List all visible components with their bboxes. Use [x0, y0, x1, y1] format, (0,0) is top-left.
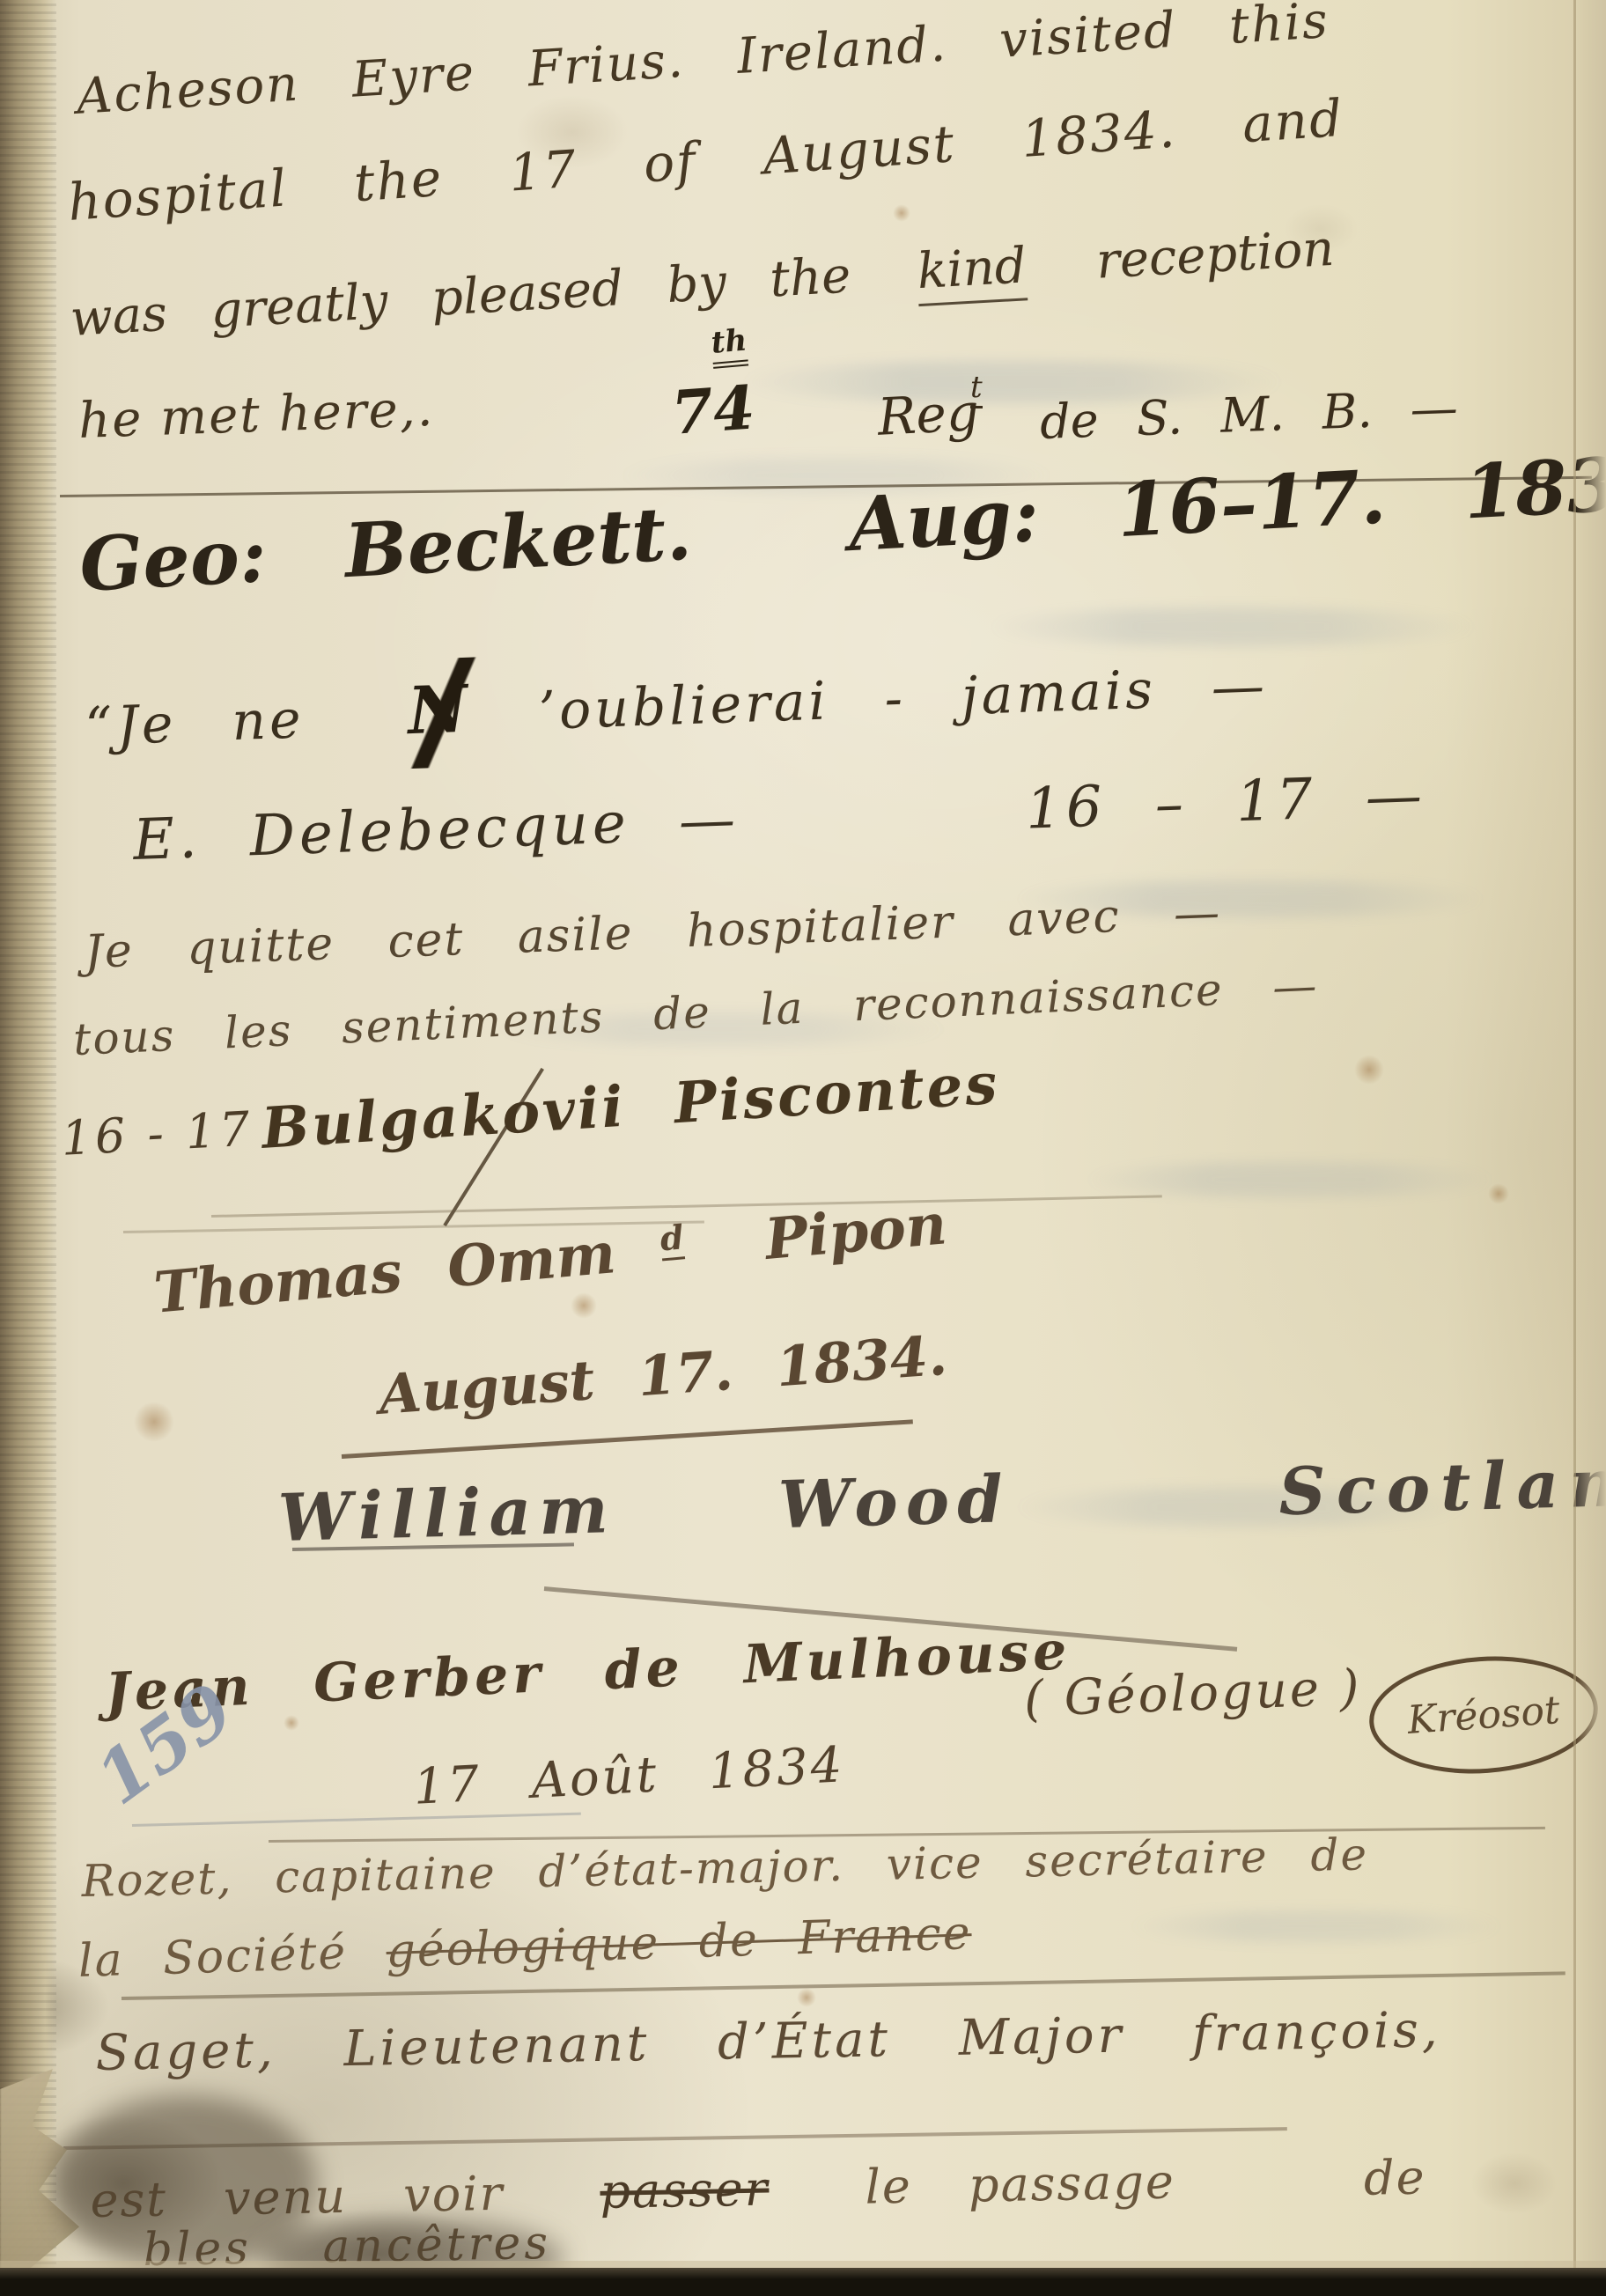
saget-line2-de: de — [1363, 2150, 1426, 2206]
right-margin-shade — [1576, 0, 1606, 2296]
bottom-dark-edge — [0, 2268, 1606, 2296]
regiment-word-superscript: t — [970, 370, 983, 408]
rozet-line2-pre: la Société — [77, 1925, 387, 1988]
entry-acheson-line3: was greatly pleased by the kind receptio… — [69, 220, 1336, 348]
entry-pipon-date: August 17. 1834. — [377, 1323, 949, 1427]
beckett-signature: Geo: Beckett. — [77, 489, 694, 608]
entry-saget-line2: est venu voir passer le passage de leurs — [90, 2142, 1606, 2228]
entry-beckett: Geo: Beckett. Aug: 16–17. 1834. — [77, 437, 1606, 608]
manuscript-page: Acheson Eyre Frius. Ireland. visited thi… — [0, 0, 1606, 2296]
ink-bleedthrough — [986, 607, 1479, 646]
line3-text-end: reception — [1094, 220, 1336, 291]
kreosot-circle: Kréosot — [1366, 1649, 1602, 1781]
kreosot-note: Kréosot — [1406, 1688, 1561, 1743]
underlined-word-kind: kind — [916, 237, 1028, 306]
rozet-struck-text: géologique de France — [386, 1907, 973, 1978]
pipon-name-superscript: d — [659, 1217, 686, 1261]
entry-acheson-line4-start: he met here,. — [77, 380, 435, 450]
gerber-profession: ( Géologue ) — [1023, 1659, 1363, 1728]
entry-jequitte-line1: Je quitte cet asile hospitalier avec — — [84, 887, 1222, 979]
quote-pre: “Je ne — [84, 688, 305, 758]
entry-pipon-name: Thomas Omm d Pipon — [151, 1191, 949, 1326]
pipon-name-pre: Thomas Omm — [151, 1220, 618, 1327]
ink-bleedthrough — [1127, 1910, 1506, 1942]
foxing-spot — [284, 1715, 299, 1731]
delebecque-signature: E. Delebecque — — [132, 787, 740, 873]
entry-quote-jamais: “Je ne N ’oublierai - jamais — — [84, 644, 1269, 761]
regiment-word: Reg — [876, 382, 981, 447]
crossed-out-word: N — [407, 672, 473, 749]
saget-struck-word: passer — [600, 2161, 770, 2219]
ink-bleedthrough — [1083, 1162, 1497, 1197]
entry-delebecque: E. Delebecque — 16 – 17 — — [132, 763, 1427, 873]
wood-origin: Scotland — [1278, 1444, 1606, 1530]
delebecque-date: 16 – 17 — — [1025, 763, 1427, 843]
gerber-date: 17 Août 1834 — [412, 1736, 846, 1816]
bulgakov-date: 16 - 17 — [60, 1101, 254, 1166]
saget-line2-mid: le passage — [865, 2153, 1175, 2214]
foxing-spot — [1488, 1183, 1509, 1204]
beckett-date: Aug: 16–17. 1834. — [847, 437, 1606, 568]
entry-jequitte-line2: tous les sentiments de la reconnaissance… — [72, 960, 1319, 1065]
pipon-underline — [342, 1419, 913, 1459]
entry-acheson-line4-end: de S. M. B. — — [1039, 379, 1459, 450]
binding-edge — [0, 0, 56, 2296]
entry-wood: William Wood Scotland — [277, 1444, 1606, 1556]
entry-rozet-line2: la Société géologique de France — [77, 1907, 972, 1988]
foxing-spot — [134, 1402, 174, 1442]
separator-rule — [63, 2127, 1287, 2150]
quote-post: ’oublierai - jamais — — [538, 655, 1269, 742]
bulgakov-signature: Bulgakovii Piscontes — [260, 1051, 1001, 1162]
pencil-tail-line — [132, 1813, 581, 1827]
foxing-spot — [571, 1292, 597, 1319]
gerber-signature: Jean Gerber de Mulhouse — [104, 1620, 1072, 1724]
regiment-ordinal-superscript: th — [710, 322, 749, 368]
wood-signature: William Wood — [277, 1461, 1012, 1556]
foxing-spot — [1354, 1055, 1384, 1085]
foxing-spot — [893, 204, 910, 222]
foxing-spot — [797, 1988, 816, 2007]
entry-saget-line1: Saget, Lieutenant d’État Major françois, — [95, 2001, 1441, 2082]
regiment-number: 74 — [669, 372, 757, 448]
